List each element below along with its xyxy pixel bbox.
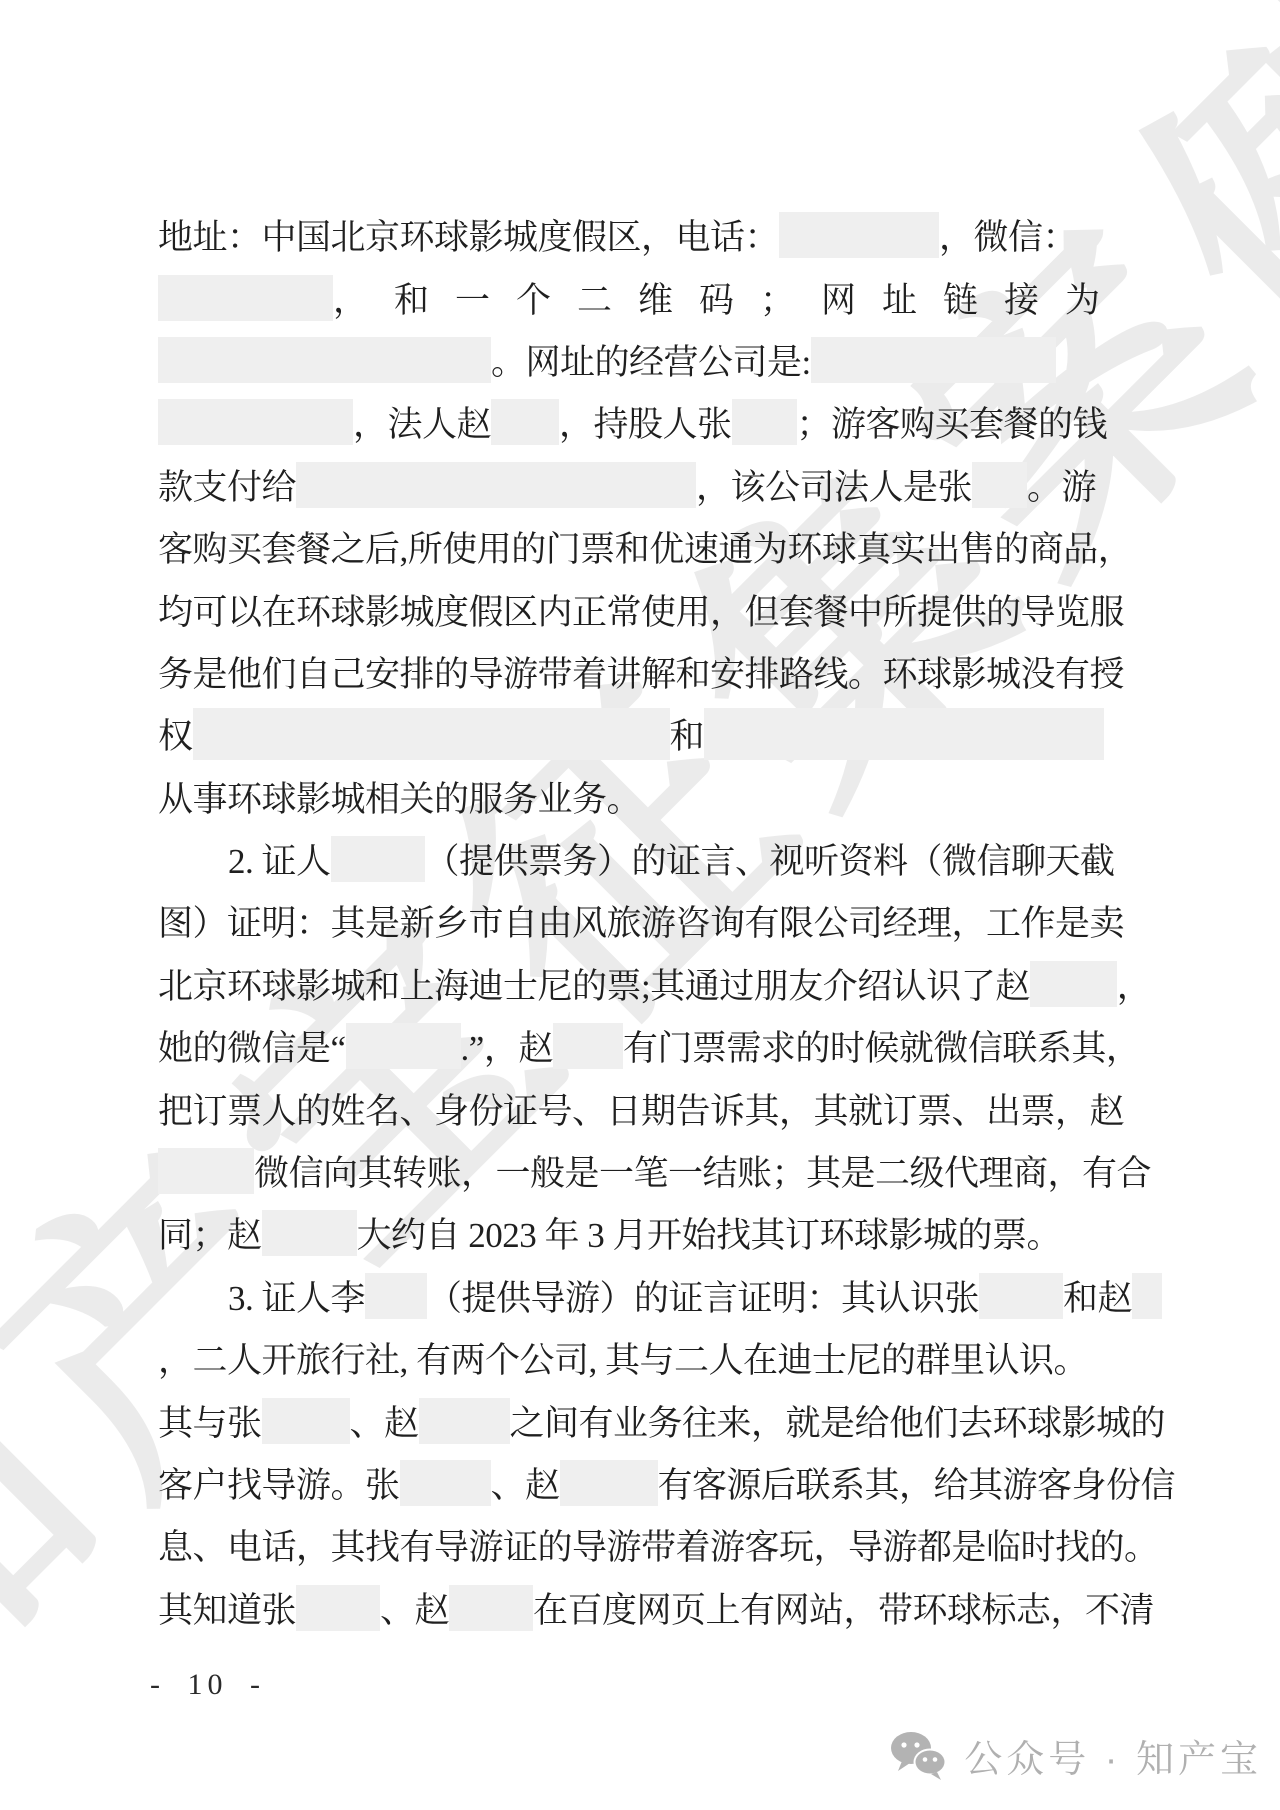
redaction-box	[262, 1398, 350, 1444]
text-line: 务是他们自己安排的导游带着讲解和安排路线。环球影城没有授	[158, 641, 1108, 703]
text-line: ，法人赵，持股人张；游客购买套餐的钱	[158, 391, 1108, 453]
redaction-box	[491, 399, 559, 445]
text-segment: 和赵	[1063, 1271, 1132, 1321]
text-segment: 同；赵	[158, 1208, 262, 1258]
redaction-box	[346, 1023, 461, 1069]
text-line: 地址：中国北京环球影城度假区，电话：，微信：	[158, 204, 1108, 266]
redaction-box	[158, 275, 333, 321]
redaction-box	[704, 708, 1104, 760]
redaction-box	[193, 708, 670, 760]
text-segment: ，该公司法人是张	[696, 460, 972, 510]
text-segment: 。网址的经营公司是:	[491, 335, 811, 385]
page-number: - 10 -	[150, 1668, 265, 1702]
text-line: 把订票人的姓名、身份证号、日期告诉其，其就订票、出票，赵	[158, 1077, 1108, 1139]
text-segment: 2. 证人	[228, 834, 331, 884]
text-line: 她的微信是“.”，赵有门票需求的时候就微信联系其，	[158, 1015, 1108, 1077]
text-line: 2. 证人（提供票务）的证言、视听资料（微信聊天截	[158, 828, 1108, 890]
redaction-box	[1132, 1273, 1162, 1319]
text-line: 从事环球影城相关的服务业务。	[158, 766, 1108, 828]
text-segment: ；游客购买套餐的钱	[797, 397, 1108, 447]
text-segment: 款支付给	[158, 460, 296, 510]
redaction-box	[779, 212, 939, 258]
redaction-box	[365, 1273, 427, 1319]
redaction-box	[296, 1585, 380, 1631]
scanned-document-page: 知产宝征集案例 地址：中国北京环球影城度假区，电话：，微信：，和一个二维码；网址…	[0, 0, 1280, 1810]
redaction-box	[732, 399, 797, 445]
text-segment: ，微信：	[939, 210, 1077, 260]
text-segment: 大约自 2023 年 3 月开始找其订环球影城的票。	[357, 1208, 1062, 1258]
text-segment: 地址：中国北京环球影城度假区，电话：	[158, 210, 779, 260]
redaction-box	[1030, 961, 1117, 1007]
text-segment: 务是他们自己安排的导游带着讲解和安排路线。环球影城没有授	[158, 647, 1124, 697]
text-line: 其知道张、赵在百度网页上有网站，带环球标志，不清	[158, 1577, 1108, 1639]
text-segment: ，持股人张	[559, 397, 732, 447]
redaction-box	[262, 1210, 357, 1256]
redaction-box	[419, 1398, 510, 1444]
text-segment: 、赵	[350, 1396, 419, 1446]
text-segment: 3. 证人李	[228, 1271, 365, 1321]
text-line: 均可以在环球影城度假区内正常使用，但套餐中所提供的导览服	[158, 578, 1108, 640]
text-line: 客户找导游。张、赵有客源后联系其，给其游客身份信	[158, 1452, 1108, 1514]
text-segment: 有门票需求的时候就微信联系其，	[623, 1021, 1141, 1071]
text-segment: 。游	[1027, 460, 1096, 510]
redaction-box	[560, 1460, 658, 1506]
text-segment: 其知道张	[158, 1583, 296, 1633]
text-segment: 北京环球影城和上海迪士尼的票;其通过朋友介绍认识了赵	[158, 959, 1030, 1009]
text-segment: （提供票务）的证言、视听资料（微信聊天截	[425, 834, 1115, 884]
text-line: 同；赵大约自 2023 年 3 月开始找其订环球影城的票。	[158, 1202, 1108, 1264]
redaction-box	[158, 399, 353, 445]
text-segment: 客购买套餐之后,所使用的门票和优速通为环球真实出售的商品，	[158, 522, 1132, 572]
text-segment: 息、电话，其找有导游证的导游带着游客玩，导游都是临时找的。	[158, 1520, 1159, 1570]
text-line: 。网址的经营公司是:	[158, 329, 1108, 391]
text-line: 息、电话，其找有导游证的导游带着游客玩，导游都是临时找的。	[158, 1514, 1108, 1576]
text-segment: 和	[670, 709, 705, 759]
redaction-box	[158, 1148, 254, 1194]
text-line: 微信向其转账，一般是一笔一结账；其是二级代理商，有合	[158, 1140, 1108, 1202]
text-segment: 、赵	[491, 1458, 560, 1508]
wechat-chat-bubbles-icon	[890, 1731, 948, 1781]
text-line: 3. 证人李（提供导游）的证言证明：其认识张和赵	[158, 1265, 1108, 1327]
text-segment: 、赵	[380, 1583, 449, 1633]
text-segment: 把订票人的姓名、身份证号、日期告诉其，其就订票、出票，赵	[158, 1084, 1124, 1134]
wechat-footer: 公众号 · 知产宝	[890, 1728, 1262, 1783]
text-line: 客购买套餐之后,所使用的门票和优速通为环球真实出售的商品，	[158, 516, 1108, 578]
redaction-box	[979, 1273, 1063, 1319]
text-line: 北京环球影城和上海迪士尼的票;其通过朋友介绍认识了赵，	[158, 953, 1108, 1015]
text-line: 款支付给，该公司法人是张。游	[158, 454, 1108, 516]
text-segment: 均可以在环球影城度假区内正常使用，但套餐中所提供的导览服	[158, 585, 1124, 635]
text-line: ，二人开旅行社, 有两个公司, 其与二人在迪士尼的群里认识。	[158, 1327, 1108, 1389]
redaction-box	[553, 1023, 623, 1069]
text-line: 图）证明：其是新乡市自由风旅游咨询有限公司经理，工作是卖	[158, 890, 1108, 952]
text-segment: 有客源后联系其，给其游客身份信	[658, 1458, 1176, 1508]
text-segment: 权	[158, 709, 193, 759]
text-line: 权和	[158, 703, 1108, 765]
text-line: 其与张、赵之间有业务往来，就是给他们去环球影城的	[158, 1389, 1108, 1451]
redaction-box	[400, 1460, 491, 1506]
text-line: ，和一个二维码；网址链接为	[158, 266, 1108, 328]
text-segment: （提供导游）的证言证明：其认识张	[427, 1271, 979, 1321]
redaction-box	[811, 337, 1056, 383]
text-segment: 从事环球影城相关的服务业务。	[158, 772, 641, 822]
redaction-box	[296, 462, 696, 508]
text-segment: 之间有业务往来，就是给他们去环球影城的	[510, 1396, 1166, 1446]
redaction-box	[158, 337, 491, 383]
text-segment: ，	[1117, 959, 1152, 1009]
text-segment: 客户找导游。张	[158, 1458, 400, 1508]
text-segment: 在百度网页上有网站，带环球标志，不清	[533, 1583, 1154, 1633]
document-body: 地址：中国北京环球影城度假区，电话：，微信：，和一个二维码；网址链接为。网址的经…	[158, 204, 1108, 1639]
text-segment: .”，赵	[461, 1021, 553, 1071]
text-segment: 图）证明：其是新乡市自由风旅游咨询有限公司经理，工作是卖	[158, 896, 1124, 946]
text-segment: ，法人赵	[353, 397, 491, 447]
text-segment: 她的微信是“	[158, 1021, 346, 1071]
text-segment: 其与张	[158, 1396, 262, 1446]
text-segment: ，二人开旅行社, 有两个公司, 其与二人在迪士尼的群里认识。	[158, 1333, 1088, 1383]
text-segment: 微信向其转账，一般是一笔一结账；其是二级代理商，有合	[254, 1146, 1151, 1196]
redaction-box	[449, 1585, 533, 1631]
text-segment: ，和一个二维码；网址链接为	[333, 273, 1126, 323]
redaction-box	[972, 462, 1027, 508]
redaction-box	[331, 836, 425, 882]
wechat-footer-label: 公众号 · 知产宝	[964, 1728, 1262, 1783]
